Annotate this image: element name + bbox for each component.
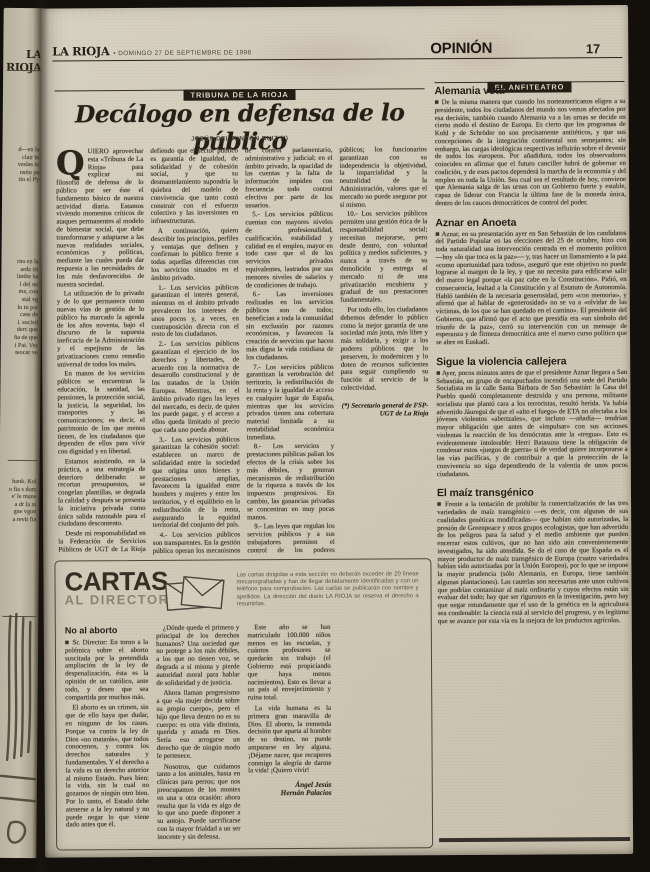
article-paragraph: A continuación, quiero describir los pri…: [151, 227, 239, 282]
opinion-page: LA RIOJA• DOMINGO 27 DE SEPTIEMBRE DE 19…: [40, 5, 633, 858]
anfiteatro-item-body: ■ Aznar, en su presentación ayer en San …: [435, 230, 627, 347]
anfiteatro-items: Alemania vota■ De la misma manera que cu…: [434, 75, 630, 842]
article-footnote: (*) Secretario general de FSP-UGT de La …: [341, 402, 429, 418]
article-paragraph: 5.- Los servicios públicos cuentan con m…: [245, 211, 333, 290]
anfiteatro-item-title: Sigue la violencia callejera: [436, 355, 627, 368]
letter-paragraph: Ahora llaman progresismo a que «la mujer…: [156, 690, 240, 761]
letter-paragraph: ¿Dónde queda el primero y principal de l…: [156, 624, 240, 687]
article-paragraph: 2.- Los servicios públicos garantizan el…: [152, 341, 240, 435]
drop-cap: Q: [56, 148, 88, 176]
letter-paragraph: El aborto es un crimen, sin que de ello …: [65, 704, 149, 829]
article-paragraph: Por todo ello, los ciudadanos debemos de…: [340, 306, 428, 392]
anfiteatro-item-title: Aznar en Anoeta: [435, 216, 626, 229]
masthead-date: • DOMINGO 27 DE SEPTIEMBRE DE 1998: [113, 49, 251, 57]
article-paragraph: En manos de los servicios públicos se en…: [57, 370, 145, 456]
article-paragraph: 3.- Los servicios públicos garantizan la…: [152, 436, 240, 530]
masthead: LA RIOJA• DOMINGO 27 DE SEPTIEMBRE DE 19…: [52, 39, 622, 61]
article-paragraph: 6.- Las inversiones realizadas en los se…: [246, 291, 334, 362]
article-paragraph: 7.- Los servicios públicos garantizan la…: [246, 363, 334, 442]
anfiteatro-item-title: Alemania vota: [434, 84, 625, 97]
anfiteatro-item-body: ■ Frente a la tentación de prohibir la c…: [437, 500, 629, 625]
section-title: OPINIÓN: [430, 40, 492, 57]
article-paragraph: 10.- Los servicios públicos permiten una…: [340, 211, 428, 305]
article-paragraph: La utilización de lo privado y de lo que…: [57, 290, 145, 369]
margin-text-fragment: hank. Kol o fia s dom e' le mane a dr la…: [0, 478, 37, 524]
letter-paragraph: Nosotros, que cuidamos tanto a los anima…: [157, 763, 241, 841]
anfiteatro-end-rule: [439, 837, 630, 842]
newspaper-scan: LA RIOJA d—en la clair in veslas to nsti…: [0, 0, 650, 872]
letter-text: No al aborto ■ Sr. Director: En torno a …: [65, 623, 423, 843]
anfiteatro-item-body: ■ Ayer, pocos minutos antes de que el pr…: [436, 369, 628, 479]
article-paragraph: Estamos asistiendo, en la práctica, a un…: [58, 458, 146, 529]
letter-title: No al aborto: [65, 625, 148, 636]
envelope-icon: [162, 570, 226, 616]
article-paragraph: 1.- Los servicios públicos garantizan el…: [151, 284, 239, 339]
letter-paragraph: ■ Sr. Director: En torno a la polémica s…: [65, 639, 149, 702]
anfiteatro-item-body: ■ De la misma manera que cuando los nort…: [435, 98, 627, 208]
newspaper-brand: LA RIOJA: [52, 44, 109, 58]
article-paragraph: 8.- Los servicios y prestaciones pública…: [247, 443, 335, 522]
page-fold-shadow: [33, 0, 49, 872]
letter-paragraph: Este año se han matriculado 100.000 niño…: [247, 624, 331, 702]
cartas-header: CARTAS AL DIRECTOR Las cartas dirigidas …: [64, 567, 421, 621]
cartas-notice: Las cartas dirigidas a esta sección no d…: [236, 571, 418, 608]
cartas-box: CARTAS AL DIRECTOR Las cartas dirigidas …: [54, 558, 433, 850]
anfiteatro-item-title: El maíz transgénico: [437, 486, 628, 499]
letter-signature: Ángel Jesús Hernán Palacios: [248, 781, 331, 797]
article-text: QUIERO aprovechar esta «Tribuna de La Ri…: [56, 146, 429, 558]
page-number: 17: [586, 41, 601, 56]
letter-paragraph: La vida humana es la primera gran maravi…: [248, 705, 332, 776]
article-paragraph: QUIERO aprovechar esta «Tribuna de La Ri…: [56, 148, 144, 289]
